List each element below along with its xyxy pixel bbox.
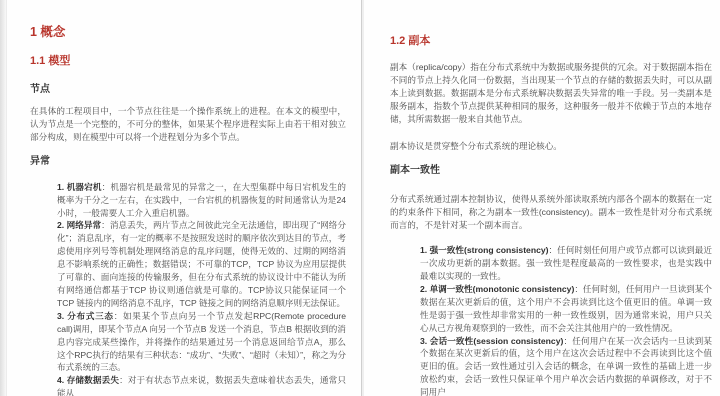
page-edge	[0, 0, 7, 396]
list-item-lead: 1. 强一致性(strong consistency)	[420, 245, 549, 255]
subheading-anomaly: 异常	[30, 156, 346, 168]
list-item-monotonic-consistency: 2. 单调一致性(monotonic consistency)：任何时刻，任何用…	[420, 283, 712, 335]
list-item-session-consistency: 3. 会话一致性(session consistency)：任何用户在某一次会话…	[420, 335, 712, 396]
list-item-lead: 3. 会话一致性(session consistency)	[420, 336, 563, 346]
paragraph-replica-protocol: 副本协议是贯穿整个分布式系统的理论核心。	[390, 140, 712, 153]
page-right: 1.2 副本 副本（replica/copy）指在分布式系统中为数据或服务提供的…	[390, 0, 712, 396]
paragraph-consistency: 分布式系统通过副本控制协议，使得从系统外部读取系统内部各个副本的数据在一定的约束…	[390, 193, 712, 232]
list-item-lead: 3. 分布式三态	[57, 311, 114, 321]
list-item-lead: 2. 网络异常	[57, 220, 101, 230]
section-heading-1-2: 1.2 副本	[390, 35, 712, 48]
list-item-lead: 2. 单调一致性(monotonic consistency)	[420, 284, 574, 294]
chapter-heading: 1 概念	[30, 25, 346, 39]
list-item-lead: 4. 存储数据丢失	[57, 375, 119, 385]
subheading-node: 节点	[30, 84, 346, 96]
section-heading-1-1: 1.1 模型	[30, 55, 346, 68]
list-item-storage-loss: 4. 存储数据丢失：对于有状态节点来说，数据丢失意味着状态丢失，通常只能从	[57, 374, 346, 396]
subheading-replica-consistency: 副本一致性	[390, 165, 712, 177]
list-item-network-anomaly: 2. 网络异常：消息丢失，两片节点之间彼此完全无法通信，即出现了“网络分化”；消…	[57, 219, 346, 309]
page-divider	[361, 0, 364, 396]
page-left: 1 概念 1.1 模型 节点 在具体的工程项目中，一个节点往往是一个操作系统上的…	[30, 0, 346, 396]
paragraph-node: 在具体的工程项目中，一个节点往往是一个操作系统上的进程。在本文的模型中，认为节点…	[30, 105, 346, 144]
list-item-strong-consistency: 1. 强一致性(strong consistency)：任何时刻任何用户或节点都…	[420, 244, 712, 283]
consistency-list: 1. 强一致性(strong consistency)：任何时刻任何用户或节点都…	[390, 244, 712, 396]
list-item-lead: 1. 机器宕机	[57, 182, 102, 192]
list-item-text: ：消息丢失，两片节点之间彼此完全无法通信，即出现了“网络分化”；消息乱序，有一定…	[57, 220, 346, 307]
anomaly-list: 1. 机器宕机：机器宕机是最常见的异常之一，在大型集群中每日宕机发生的概率为千分…	[30, 181, 346, 396]
list-item-distributed-tristate: 3. 分布式三态：如果某个节点向另一个节点发起RPC(Remote proced…	[57, 310, 346, 375]
paragraph-replica: 副本（replica/copy）指在分布式系统中为数据或服务提供的冗余。对于数据…	[390, 61, 712, 126]
list-item-machine-crash: 1. 机器宕机：机器宕机是最常见的异常之一，在大型集群中每日宕机发生的概率为千分…	[57, 181, 346, 220]
document-viewer: 1 概念 1.1 模型 节点 在具体的工程项目中，一个节点往往是一个操作系统上的…	[0, 0, 720, 396]
